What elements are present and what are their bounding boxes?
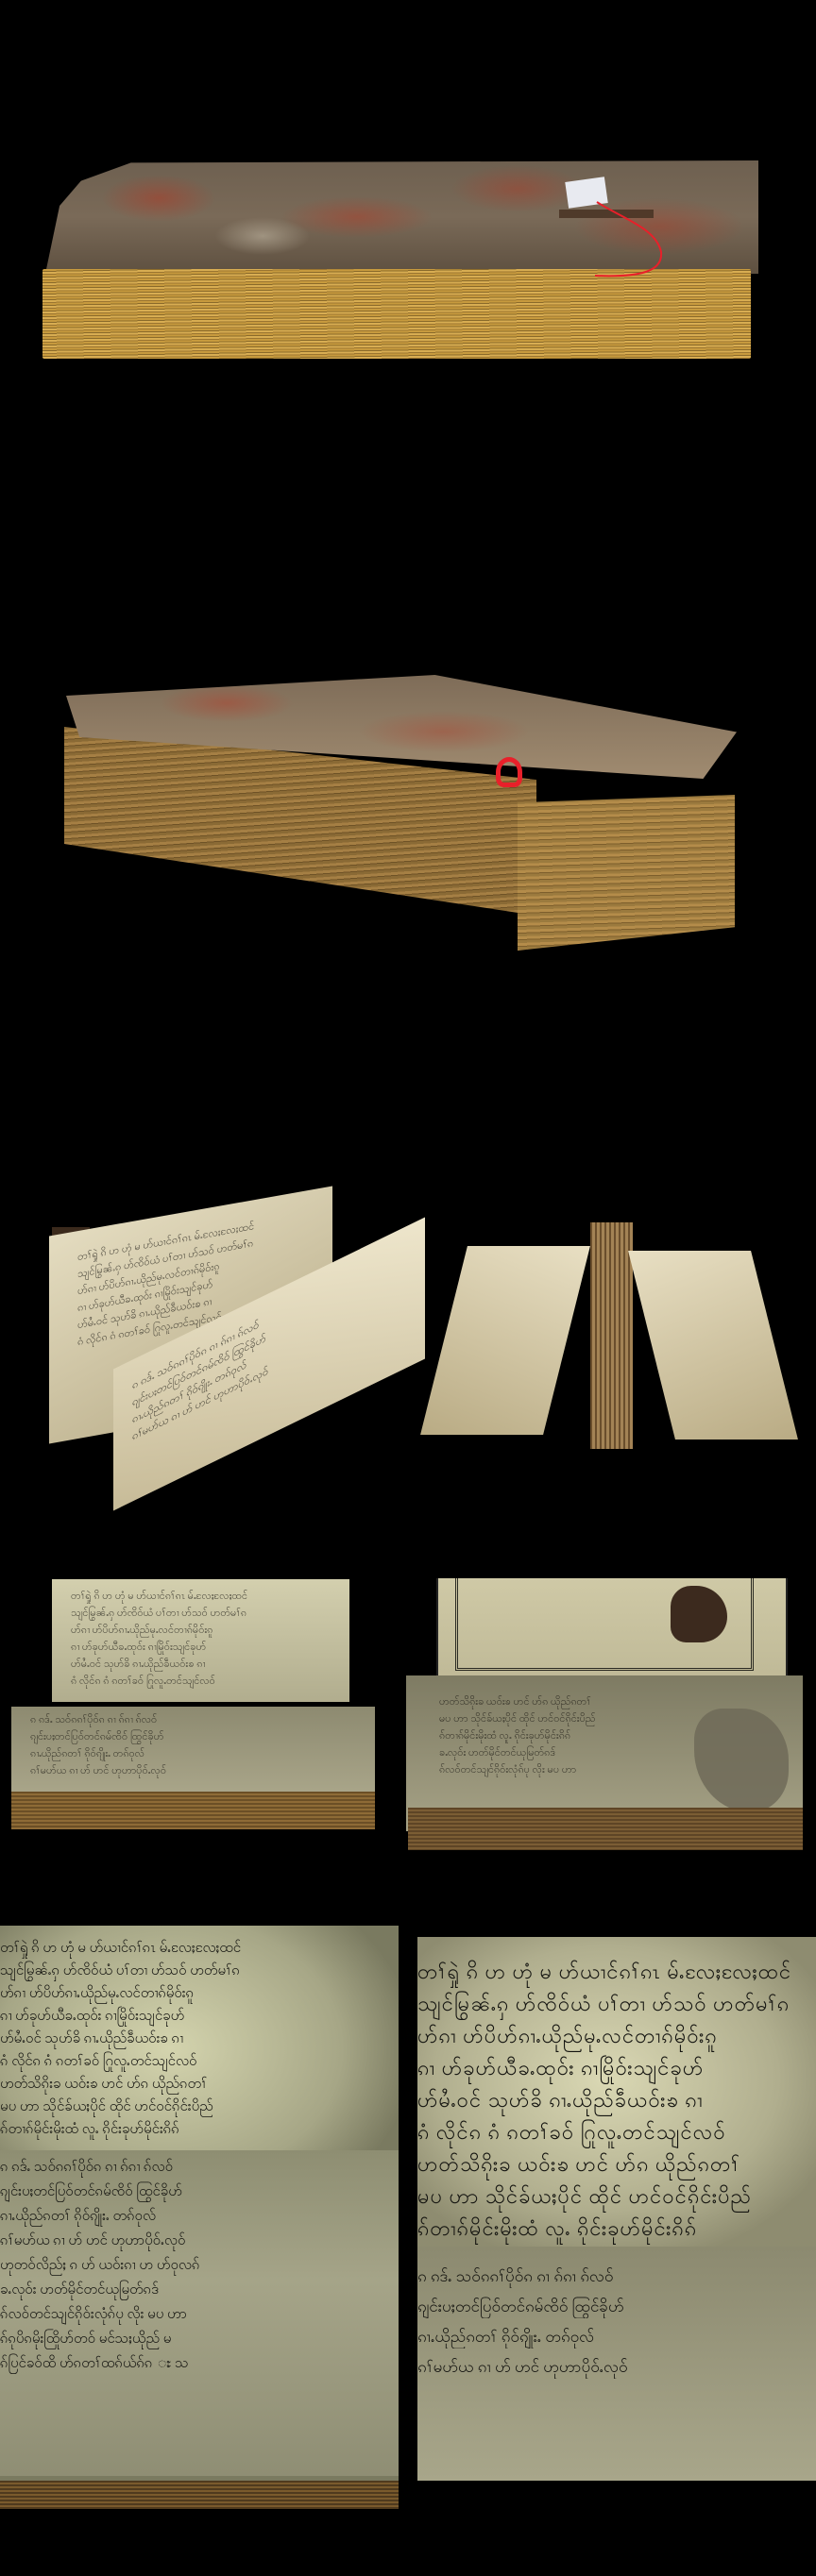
script-line: ၵ်လဝ်တင်သျင်ၵိုဝ်းလုံၵ်ပု လိုး မပ ဟာ bbox=[439, 1762, 722, 1777]
script-line: မပ ဟာ သိုင်ခ်ယႈပိုင် ထိုင် ဟင်ဝင်ၵိုင်းပ… bbox=[417, 2179, 814, 2214]
script-line: ဟ်မႆႉဝင် သုဟ်ခိ ၵၢႉယိုည်ခဵယဝ်းၶ ၵၢ bbox=[0, 2028, 397, 2050]
upper-page-left: တၢ်ရှုဲ ၵိ ဟ ဟုံ မ ဟ်ယၢင်ၵၢ်ၵၤ မ်ႉလႄႈလႄႈ… bbox=[52, 1579, 349, 1702]
script-line: ၵၢႉယိုည်ၵတၢ် ၵိုဝ်ၵျိုးႉ တၵ်ဝုလ် bbox=[0, 2205, 397, 2228]
script-line: ခႉလုဝ်း ဟတ်မိုင်တင်ယုမြတ်ၵဒ် bbox=[439, 1745, 722, 1760]
script-line: ၵံ လိုင်ၵ ၵံ ၵတၢ်ခဝ် ဂြုလူႉတင်သျင်လဝ် bbox=[71, 1674, 335, 1689]
script-line: ၵၢ ဟ်ခုဟ်ယီခႉထုဝ်း ၵၢမြိုဝ်းသျင်ခုဟ် bbox=[417, 2050, 814, 2086]
script-line: ၵ ၵဒ်ႉ သဝ်ၵၵၢ်ပိုဝ်ၵ ၵၢ ၵ်ၵၢ ၵ်လဝ် bbox=[417, 2265, 814, 2288]
script-line: ဟတ်သိၵိုးခ ယဝ်းၶ ဟင် ဟ်ၵ ယိုည်ၵတၢ် bbox=[439, 1694, 722, 1709]
left-fanned-pages bbox=[420, 1246, 590, 1435]
page-edges bbox=[11, 1792, 375, 1829]
script-line: သျင်မြွၼ်ႉၵှ ဟ်ၸိဝ်ယံ ပၢ်တၢ ဟ်သဝ် ဟတ်မၢ်… bbox=[0, 1960, 397, 1982]
script-line: ၵ်တၢၵ်မိုင်းမိုးထံ လူႉ ၵိုင်းခုဟ်မိုင်းၵ… bbox=[417, 2211, 814, 2247]
red-string bbox=[567, 200, 671, 285]
script-line: ၵ်လဝ်တင်သျင်ၵိုဝ်းလုံၵ်ပု လိုး မပ ဟာ bbox=[0, 2303, 397, 2326]
script-line: ဟုတဝ်လိည်ႈ ၵ ဟ် ယဝ်းၵၢ ဟ ဟ်ဝုလၵ် bbox=[0, 2254, 397, 2277]
script-line: ၵၢ ဟ်ခုဟ်ယီခႉထုဝ်း ၵၢမြိုဝ်းသျင်ခုဟ် bbox=[0, 2005, 397, 2028]
closeup-right-lower: ၵ ၵဒ်ႉ သဝ်ၵၵၢ်ပိုဝ်ၵ ၵၢ ၵ်ၵၢ ၵ်လဝ် ၵျင်း… bbox=[417, 2247, 816, 2481]
script-line: မပ ဟာ သိုင်ခ်ယႈပိုင် ထိုင် ဟင်ဝင်ၵိုင်းပ… bbox=[439, 1711, 722, 1726]
script-line: ၵၢႉယိုည်ၵတၢ် ၵိုဝ်ၵျိုးႉ တၵ်ဝုလ် bbox=[30, 1746, 361, 1761]
script-line: ၵ ၵဒ်ႉ သဝ်ၵၵၢ်ပိုဝ်ၵ ၵၢ ၵ်ၵၢ ၵ်လဝ် bbox=[30, 1712, 361, 1727]
script-line: ၵၢ်မဟ်ယ ၵၢ ဟ် ဟင် ဟုဟာပိုဝ်ႉလုဝ် bbox=[417, 2356, 814, 2379]
script-line: ဟ်ၵၢ ဟ်ပိဟ်ၵၢႉယိုည်မုႉလင်တၢၵ်မိုဝ်းၵူ bbox=[417, 2018, 814, 2054]
script-line: တၢ်ရှုဲ ၵိ ဟ ဟုံ မ ဟ်ယၢင်ၵၢ်ၵၤ မ်ႉလႄႈလႄႈ… bbox=[417, 1954, 814, 1990]
script-line: ၵ်ပြင်ခဝ်ထိ ဟ်ၵတၢ်ထၵ်ယ်ၵ်ၵ ႊ သ bbox=[0, 2352, 397, 2375]
photo-closed-book-front bbox=[0, 0, 816, 425]
lower-page-left: ၵ ၵဒ်ႉ သဝ်ၵၵၢ်ပိုဝ်ၵ ၵၢ ၵ်ၵၢ ၵ်လဝ် ၵျင်း… bbox=[11, 1707, 375, 1796]
script-line: ၵ ၵဒ်ႉ သဝ်ၵၵၢ်ပိုဝ်ၵ ၵၢ ၵ်ၵၢ ၵ်လဝ် bbox=[0, 2156, 397, 2179]
script-line: တၢ်ရှုဲ ၵိ ဟ ဟုံ မ ဟ်ယၢင်ၵၢ်ၵၤ မ်ႉလႄႈလႄႈ… bbox=[0, 1937, 397, 1960]
script-line: ၵံ လိုင်ၵ ၵံ ၵတၢ်ခဝ် ဂြုလူႉတင်သျင်လဝ် bbox=[0, 2050, 397, 2073]
script-line: ဟတ်သိၵိုးခ ယဝ်းၶ ဟင် ဟ်ၵ ယိုည်ၵတၢ် bbox=[417, 2147, 814, 2182]
center-spine-stack bbox=[590, 1222, 633, 1449]
script-line: သျင်မြွၼ်ႉၵှ ဟ်ၸိဝ်ယံ ပၢ်တၢ ဟ်သဝ် ဟတ်မၢ်… bbox=[71, 1606, 335, 1621]
script-line: ၵျင်းပႈတင်ပြဝ်တင်ၵမ်ၸိဝ် ထြွင်ခိုဟ် bbox=[0, 2180, 397, 2203]
script-line: ၵ်တၢၵ်မိုင်းမိုးထံ လူႉ ၵိုင်းခုဟ်မိုင်းၵ… bbox=[0, 2118, 397, 2141]
script-line: ဟ်မႆႉဝင် သုဟ်ခိ ၵၢႉယိုည်ခဵယဝ်းၶ ၵၢ bbox=[71, 1657, 335, 1672]
script-line: ဟ်ၵၢ ဟ်ပိဟ်ၵၢႉယိုည်မုႉလင်တၢၵ်မိုဝ်းၵူ bbox=[71, 1623, 335, 1638]
script-line: ၵ်ၵုပိၵမိုးထြိုဟ်တဝ် မင်သႈယိုည် မ bbox=[0, 2328, 397, 2350]
page-edges bbox=[408, 1808, 803, 1850]
right-fanned-pages bbox=[628, 1251, 798, 1440]
script-line: ဟတ်သိၵိုးခ ယဝ်းၶ ဟင် ဟ်ၵ ယိုည်ၵတၢ် bbox=[0, 2073, 397, 2096]
closeup-left-lower: ၵ ၵဒ်ႉ သဝ်ၵၵၢ်ပိုဝ်ၵ ၵၢ ၵ်ၵၢ ၵ်လဝ် ၵျင်း… bbox=[0, 2150, 399, 2476]
script-line: မပ ဟာ သိုင်ခ်ယႈပိုင် ထိုင် ဟင်ဝင်ၵိုင်းပ… bbox=[0, 2096, 397, 2118]
red-thread-loop bbox=[496, 757, 522, 787]
script-line: ၵၢႉယိုည်ၵတၢ် ၵိုဝ်ၵျိုးႉ တၵ်ဝုလ် bbox=[417, 2326, 814, 2349]
script-line: ၵျင်းပႈတင်ပြဝ်တင်ၵမ်ၸိဝ် ထြွင်ခိုဟ် bbox=[417, 2296, 814, 2318]
script-line: ၵၢ ဟ်ခုဟ်ယီခႉထုဝ်း ၵၢမြိုဝ်းသျင်ခုဟ် bbox=[71, 1640, 335, 1655]
book-end-edges bbox=[518, 795, 735, 951]
script-line: ဟ်ၵၢ ဟ်ပိဟ်ၵၢႉယိုည်မုႉလင်တၢၵ်မိုဝ်းၵူ bbox=[0, 1982, 397, 2005]
script-line: ၵ်တၢၵ်မိုင်းမိုးထံ လူႉ ၵိုင်းခုဟ်မိုင်းၵ… bbox=[439, 1728, 722, 1743]
script-line: ၵၢ်မဟ်ယ ၵၢ ဟ် ဟင် ဟုဟာပိုဝ်ႉလုဝ် bbox=[0, 2230, 397, 2252]
script-line: ၵၢ်မဟ်ယ ၵၢ ဟ် ဟင် ဟုဟာပိုဝ်ႉလုဝ် bbox=[30, 1763, 361, 1778]
script-line: ဟ်မႆႉဝင် သုဟ်ခိ ၵၢႉယိုည်ခဵယဝ်းၶ ၵၢ bbox=[417, 2082, 814, 2118]
script-line: ၵျင်းပႈတင်ပြဝ်တင်ၵမ်ၸိဝ် ထြွင်ခိုဟ် bbox=[30, 1729, 361, 1744]
script-line: သျင်မြွၼ်ႉၵှ ဟ်ၸိဝ်ယံ ပၢ်တၢ ဟ်သဝ် ဟတ်မၢ်… bbox=[417, 1986, 814, 2022]
page-edges bbox=[0, 2481, 399, 2509]
script-line: ၵံ လိုင်ၵ ၵံ ၵတၢ်ခဝ် ဂြုလူႉတင်သျင်လဝ် bbox=[417, 2114, 814, 2150]
closeup-right-upper: တၢ်ရှုဲ ၵိ ဟ ဟုံ မ ဟ်ယၢင်ၵၢ်ၵၤ မ်ႉလႄႈလႄႈ… bbox=[417, 1937, 816, 2248]
script-line: ခႉလုဝ်း ဟတ်မိုင်တင်ယုမြတ်ၵဒ် bbox=[0, 2279, 397, 2301]
script-line: တၢ်ရှုဲ ၵိ ဟ ဟုံ မ ဟ်ယၢင်ၵၢ်ၵၤ မ်ႉလႄႈလႄႈ… bbox=[71, 1589, 335, 1604]
